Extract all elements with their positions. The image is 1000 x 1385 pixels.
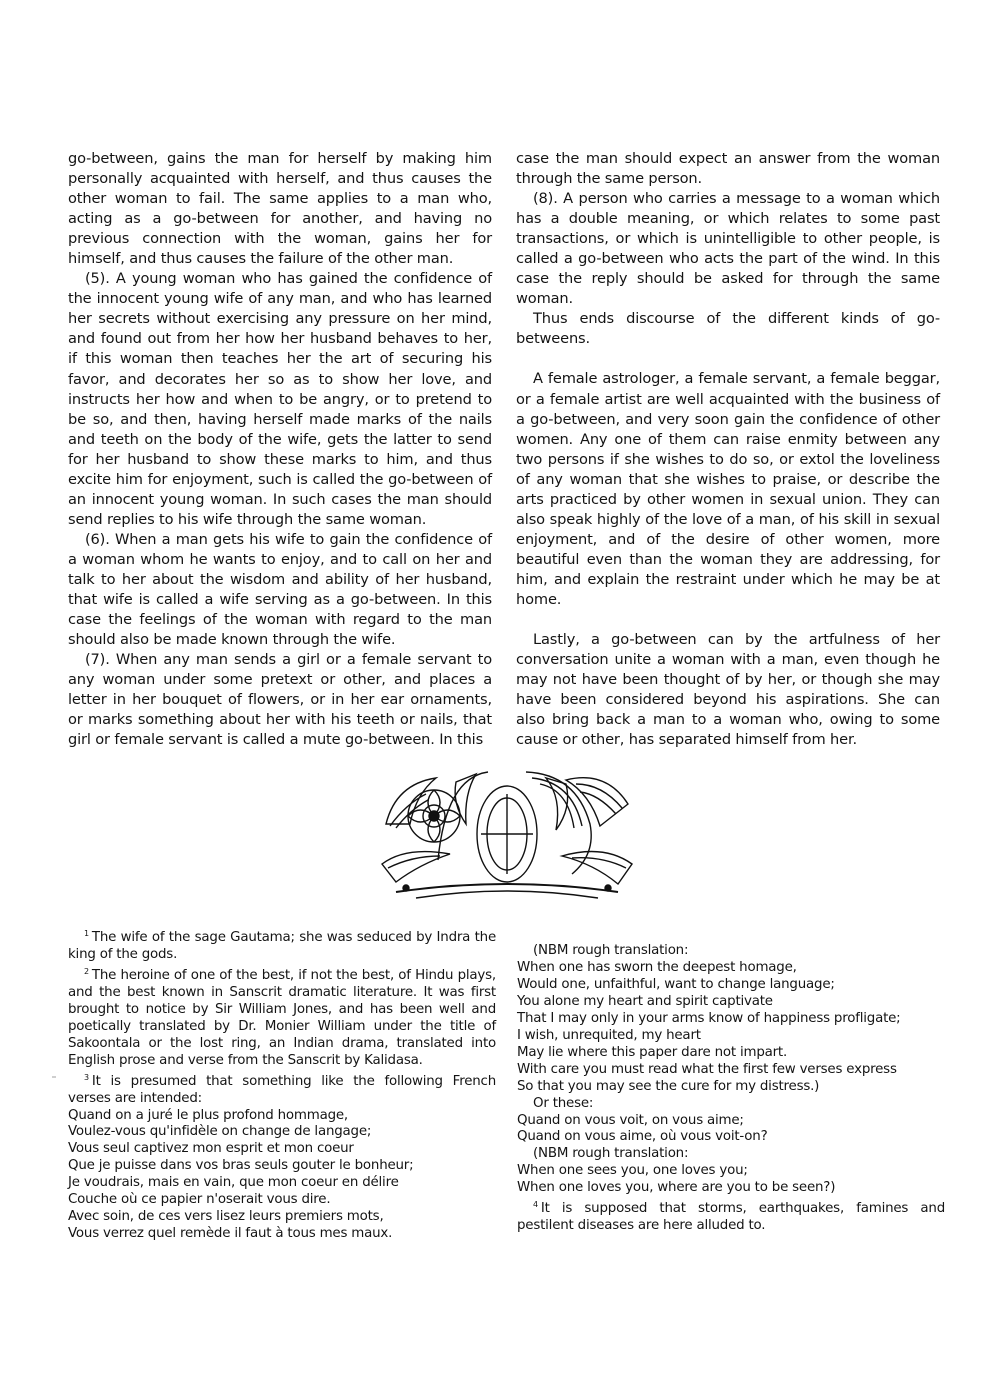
translation-intro-2: (NBM rough translation: <box>517 1146 945 1163</box>
paragraph-6: (6). When a man gets his wife to gain th… <box>68 530 492 650</box>
verse-line: When one has sworn the deepest homage, <box>517 960 945 977</box>
verse-line: Quand on a juré le plus profond hommage, <box>68 1108 496 1125</box>
verse-line: I wish, unrequited, my heart <box>517 1028 945 1045</box>
paragraph-continuation: case the man should expect an answer fro… <box>516 149 940 189</box>
or-these-label: Or these: <box>517 1096 945 1113</box>
verse-line: Would one, unfaithful, want to change la… <box>517 977 945 994</box>
floral-ornament-icon <box>376 764 638 904</box>
verse-line: You alone my heart and spirit captivate <box>517 994 945 1011</box>
body-column-right: case the man should expect an answer fro… <box>516 149 940 750</box>
verse-line: Voulez-vous qu'infidèle on change de lan… <box>68 1124 496 1141</box>
footnote-1: 1The wife of the sage Gautama; she was s… <box>68 926 496 964</box>
verse-line: Vous verrez quel remède il faut à tous m… <box>68 1226 496 1243</box>
verse-line: Avec soin, de ces vers lisez leurs premi… <box>68 1209 496 1226</box>
paragraph-continuation: go-between, gains the man for herself by… <box>68 149 492 269</box>
scan-speck <box>52 1076 56 1078</box>
paragraph-5: (5). A young woman who has gained the co… <box>68 269 492 530</box>
verse-line: Je voudrais, mais en vain, que mon coeur… <box>68 1175 496 1192</box>
verse-line: With care you must read what the first f… <box>517 1062 945 1079</box>
english-translation-2: When one sees you, one loves you; When o… <box>517 1163 945 1197</box>
footnote-2: 2The heroine of one of the best, if not … <box>68 964 496 1070</box>
footnotes-left: 1The wife of the sage Gautama; she was s… <box>68 926 496 1243</box>
paragraph-female-go-betweens: A female astrologer, a female servant, a… <box>516 369 940 610</box>
paragraph-7: (7). When any man sends a girl or a fema… <box>68 650 492 750</box>
verse-line: Vous seul captivez mon esprit et mon coe… <box>68 1141 496 1158</box>
verse-line: Quand on vous aime, où vous voit-on? <box>517 1129 945 1146</box>
footnotes-right: (NBM rough translation: When one has swo… <box>517 943 945 1235</box>
verse-line: When one loves you, where are you to be … <box>517 1180 945 1197</box>
translation-intro: (NBM rough translation: <box>517 943 945 960</box>
footnote-3: 3It is presumed that something like the … <box>68 1070 496 1108</box>
paragraph-conclusion: Thus ends discourse of the different kin… <box>516 309 940 349</box>
verse-line: When one sees you, one loves you; <box>517 1163 945 1180</box>
paragraph-lastly: Lastly, a go-between can by the artfulne… <box>516 630 940 750</box>
verse-line: So that you may see the cure for my dist… <box>517 1079 945 1096</box>
verse-line: Couche où ce papier n'oserait vous dire. <box>68 1192 496 1209</box>
french-verse-2: Quand on vous voit, on vous aime; Quand … <box>517 1113 945 1147</box>
body-column-left: go-between, gains the man for herself by… <box>68 149 492 750</box>
verse-line: Que je puisse dans vos bras seuls gouter… <box>68 1158 496 1175</box>
verse-line: May lie where this paper dare not impart… <box>517 1045 945 1062</box>
french-verse: Quand on a juré le plus profond hommage,… <box>68 1108 496 1244</box>
verse-line: Quand on vous voit, on vous aime; <box>517 1113 945 1130</box>
verse-line: That I may only in your arms know of hap… <box>517 1011 945 1028</box>
english-translation: When one has sworn the deepest homage, W… <box>517 960 945 1096</box>
footnote-4: 4It is supposed that storms, earthquakes… <box>517 1197 945 1235</box>
paragraph-8: (8). A person who carries a message to a… <box>516 189 940 309</box>
